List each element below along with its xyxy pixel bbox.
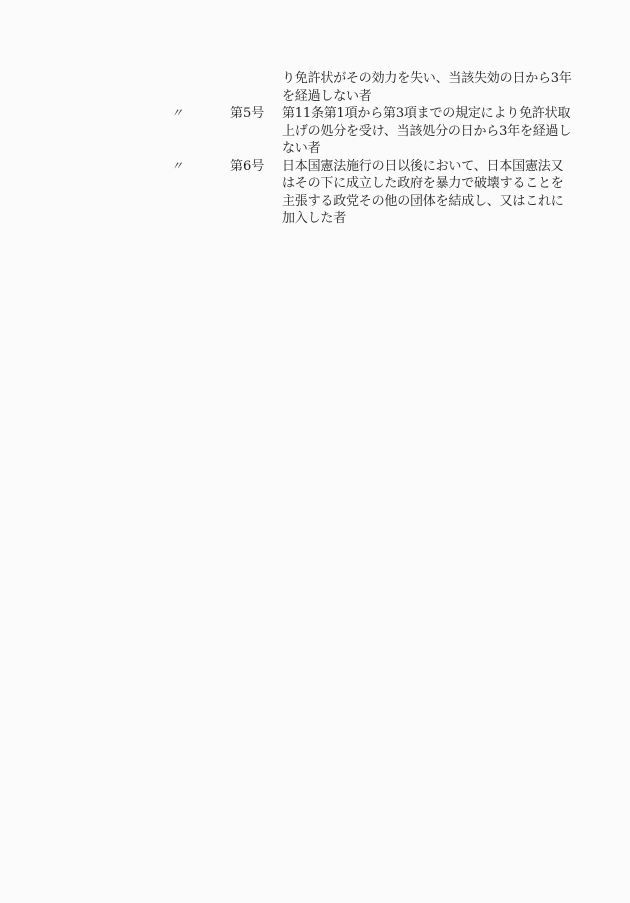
legal-text-block: り免許状がその効力を失い、当該失効の日から3年 を経過しない者 〃 第5号 第1… — [170, 70, 570, 228]
text-line: 日本国憲法施行の日以後において、日本国憲法又 — [282, 158, 570, 176]
text-line: を経過しない者 — [282, 88, 572, 106]
provision-row-item6: 〃 第6号 日本国憲法施行の日以後において、日本国憲法又 はその下に成立した政府… — [170, 158, 570, 228]
provision-text: り免許状がその効力を失い、当該失効の日から3年 を経過しない者 — [282, 70, 572, 105]
item-number-label: 第5号 — [230, 105, 282, 123]
text-line: はその下に成立した政府を暴力で破壊することを — [282, 175, 570, 193]
text-line: 第11条第1項から第3項までの規定により免許状取 — [282, 105, 571, 123]
provision-row-continuation: り免許状がその効力を失い、当該失効の日から3年 を経過しない者 — [170, 70, 570, 105]
text-line: ない者 — [282, 140, 571, 158]
text-line: 上げの処分を受け、当該処分の日から3年を経過し — [282, 123, 571, 141]
provision-row-item5: 〃 第5号 第11条第1項から第3項までの規定により免許状取 上げの処分を受け、… — [170, 105, 570, 158]
provision-text: 日本国憲法施行の日以後において、日本国憲法又 はその下に成立した政府を暴力で破壊… — [282, 158, 570, 228]
text-line: 加入した者 — [282, 210, 570, 228]
ditto-mark: 〃 — [170, 158, 230, 176]
item-number-label: 第6号 — [230, 158, 282, 176]
provision-text: 第11条第1項から第3項までの規定により免許状取 上げの処分を受け、当該処分の日… — [282, 105, 571, 158]
text-line: 主張する政党その他の団体を結成し、又はこれに — [282, 193, 570, 211]
text-line: り免許状がその効力を失い、当該失効の日から3年 — [282, 70, 572, 88]
ditto-mark: 〃 — [170, 105, 230, 123]
document-page: り免許状がその効力を失い、当該失効の日から3年 を経過しない者 〃 第5号 第1… — [0, 0, 630, 903]
